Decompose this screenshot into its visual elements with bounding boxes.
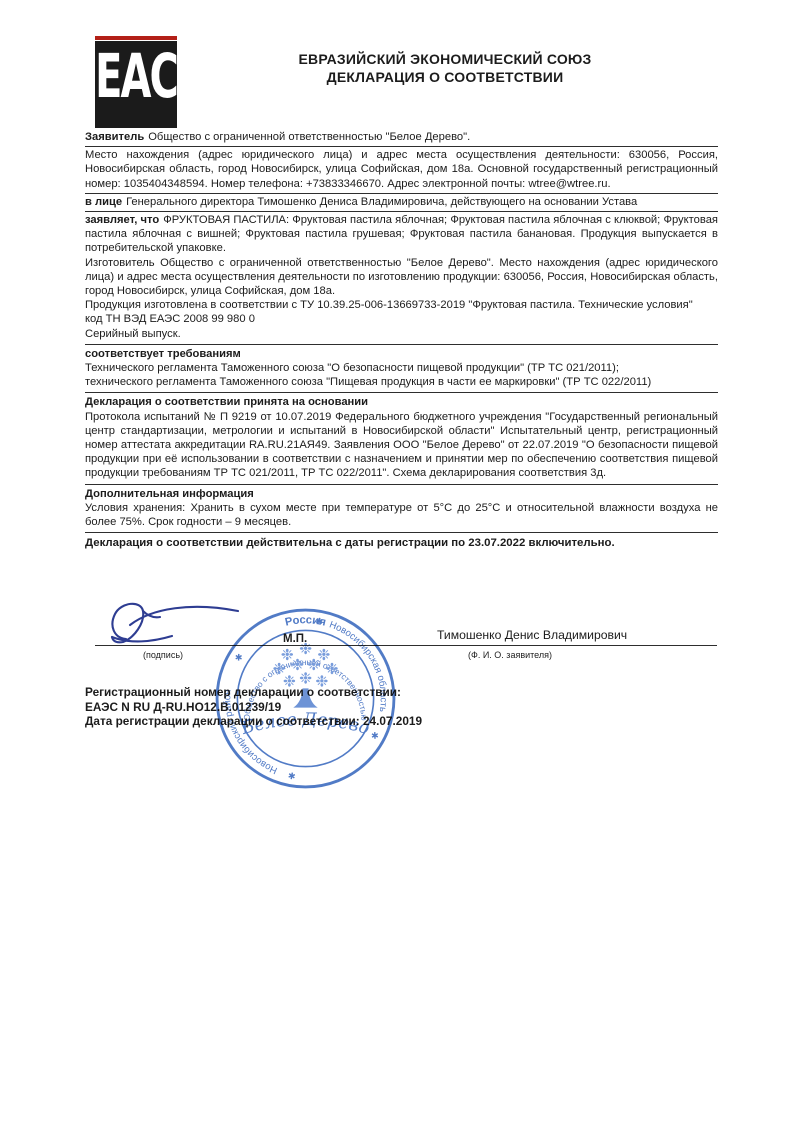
declares-value: ФРУКТОВАЯ ПАСТИЛА: Фруктовая пастила ябл… [85, 214, 718, 254]
in-person-label: в лице [85, 196, 122, 208]
svg-text:❉: ❉ [299, 670, 312, 687]
svg-text:✱: ✱ [233, 652, 246, 664]
additional-info-heading: Дополнительная информация [85, 486, 718, 501]
svg-text:✱: ✱ [368, 730, 380, 741]
svg-text:❉: ❉ [283, 673, 296, 690]
stamp-tree-trunk [293, 688, 317, 707]
title-line-declaration: ДЕКЛАРАЦИЯ О СООТВЕТСТВИИ [150, 68, 740, 86]
stamp-tree-logo: ❉ ❉ ❉ ❉ ❉ ❉ ❉ ❉ ❉ ❉ [273, 641, 339, 708]
manufacturer-paragraph: Изготовитель Общество с ограниченной отв… [85, 256, 718, 299]
stamp-star-1: ✱ [287, 770, 296, 781]
basis-heading: Декларация о соответствии принята на осн… [85, 394, 718, 409]
applicant-row: ЗаявительОбщество с ограниченной ответст… [85, 129, 718, 147]
made-according-paragraph: Продукция изготовлена в соответствии с Т… [85, 298, 718, 312]
basis-paragraph: Протокола испытаний № П 9219 от 10.07.20… [85, 410, 718, 481]
svg-text:Белое Дерево: Белое Дерево [239, 710, 372, 739]
declares-label: заявляет, что [85, 214, 159, 226]
applicant-label: Заявитель [85, 131, 144, 143]
declaration-page: ЕАС ЕВРАЗИЙСКИЙ ЭКОНОМИЧЕСКИЙ СОЮЗ ДЕКЛА… [0, 0, 800, 1131]
in-person-value: Генерального директора Тимошенко Дениса … [126, 196, 637, 208]
full-name-caption: (Ф. И. О. заявителя) [468, 650, 552, 660]
conformity-item-2: технического регламента Таможенного союз… [85, 375, 718, 389]
serial-release: Серийный выпуск. [85, 327, 718, 341]
product-block: заявляет, чтоФРУКТОВАЯ ПАСТИЛА: Фруктова… [85, 212, 718, 345]
validity-line: Декларация о соответствии действительна … [85, 533, 718, 550]
additional-info-section: Дополнительная информация Условия хранен… [85, 485, 718, 534]
in-person-row: в лицеГенерального директора Тимошенко Д… [85, 194, 718, 212]
title-line-union: ЕВРАЗИЙСКИЙ ЭКОНОМИЧЕСКИЙ СОЮЗ [150, 50, 740, 68]
stamp-star-4: ✱ [368, 730, 380, 741]
declares-paragraph: заявляет, чтоФРУКТОВАЯ ПАСТИЛА: Фруктова… [85, 213, 718, 256]
conformity-section: соответствует требованиям Технического р… [85, 345, 718, 394]
applicant-address: Место нахождения (адрес юридического лиц… [85, 147, 718, 194]
conformity-heading: соответствует требованиям [85, 346, 718, 361]
stamp-star-2: ✱ [233, 652, 246, 664]
svg-text:❉: ❉ [315, 673, 328, 690]
stamp-place-label: М.П. [283, 633, 307, 645]
logo-red-line [95, 36, 177, 40]
applicant-value: Общество с ограниченной ответственностью… [148, 131, 470, 143]
document-body: ЗаявительОбщество с ограниченной ответст… [85, 129, 718, 550]
svg-text:✱: ✱ [287, 770, 296, 781]
conformity-item-1: Технического регламента Таможенного союз… [85, 361, 718, 375]
handwritten-signature [96, 596, 251, 651]
document-title: ЕВРАЗИЙСКИЙ ЭКОНОМИЧЕСКИЙ СОЮЗ ДЕКЛАРАЦИ… [150, 50, 740, 86]
basis-section: Декларация о соответствии принята на осн… [85, 393, 718, 484]
applicant-full-name: Тимошенко Денис Владимирович [437, 628, 627, 642]
signature-caption: (подпись) [143, 650, 183, 660]
additional-info-paragraph: Условия хранения: Хранить в сухом месте … [85, 501, 718, 529]
tn-ved-code: код ТН ВЭД ЕАЭС 2008 99 980 0 [85, 312, 718, 326]
stamp-company-name-script: Белое Дерево [239, 710, 372, 739]
